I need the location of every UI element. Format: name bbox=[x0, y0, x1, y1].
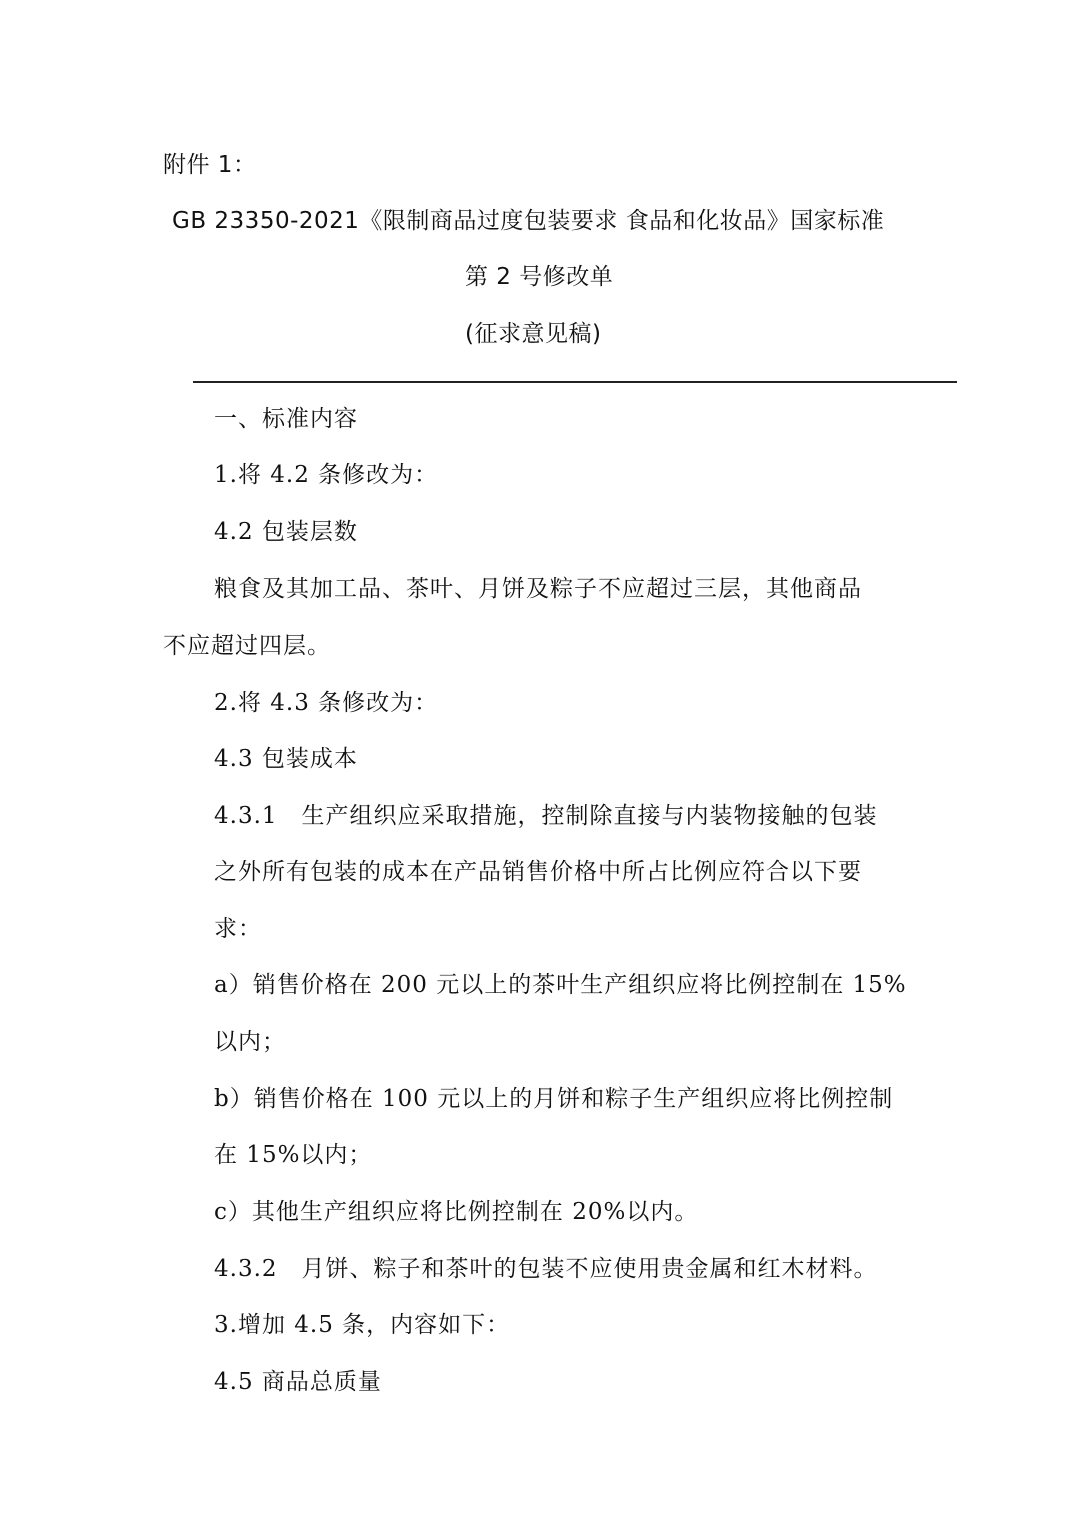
title-divider bbox=[193, 381, 957, 383]
amendment-item: 3.增加 4.5 条，内容如下： bbox=[214, 1306, 510, 1339]
attachment-label: 附件 1： bbox=[163, 146, 256, 179]
list-item: 以内； bbox=[214, 1023, 286, 1056]
paragraph-line: 求： bbox=[214, 910, 262, 943]
amendment-item: 1.将 4.2 条修改为： bbox=[214, 456, 438, 489]
paragraph-line: 粮食及其加工品、茶叶、月饼及粽子不应超过三层，其他商品 bbox=[214, 570, 862, 603]
clause-heading: 4.3 包装成本 bbox=[214, 740, 358, 773]
paragraph-line: 4.3.1 生产组织应采取措施，控制除直接与内装物接触的包装 bbox=[214, 797, 878, 830]
amendment-item: 2.将 4.3 条修改为： bbox=[214, 684, 438, 717]
list-item: a）销售价格在 200 元以上的茶叶生产组织应将比例控制在 15% bbox=[214, 966, 907, 999]
paragraph-line: 不应超过四层。 bbox=[163, 627, 331, 660]
document-title: GB 23350-2021《限制商品过度包装要求 食品和化妆品》国家标准 bbox=[172, 202, 884, 235]
document-page: 附件 1： GB 23350-2021《限制商品过度包装要求 食品和化妆品》国家… bbox=[0, 0, 1080, 1527]
section-heading: 一、标准内容 bbox=[214, 400, 358, 433]
draft-status-label: (征求意见稿) bbox=[465, 315, 601, 348]
clause-heading: 4.2 包装层数 bbox=[214, 513, 358, 546]
list-item: b）销售价格在 100 元以上的月饼和粽子生产组织应将比例控制 bbox=[214, 1080, 893, 1113]
document-subtitle: 第 2 号修改单 bbox=[465, 258, 613, 291]
list-item: c）其他生产组织应将比例控制在 20%以内。 bbox=[214, 1193, 698, 1226]
paragraph-line: 4.3.2 月饼、粽子和茶叶的包装不应使用贵金属和红木材料。 bbox=[214, 1250, 878, 1283]
list-item: 在 15%以内； bbox=[214, 1136, 372, 1169]
paragraph-line: 之外所有包装的成本在产品销售价格中所占比例应符合以下要 bbox=[214, 853, 862, 886]
clause-heading: 4.5 商品总质量 bbox=[214, 1363, 382, 1396]
